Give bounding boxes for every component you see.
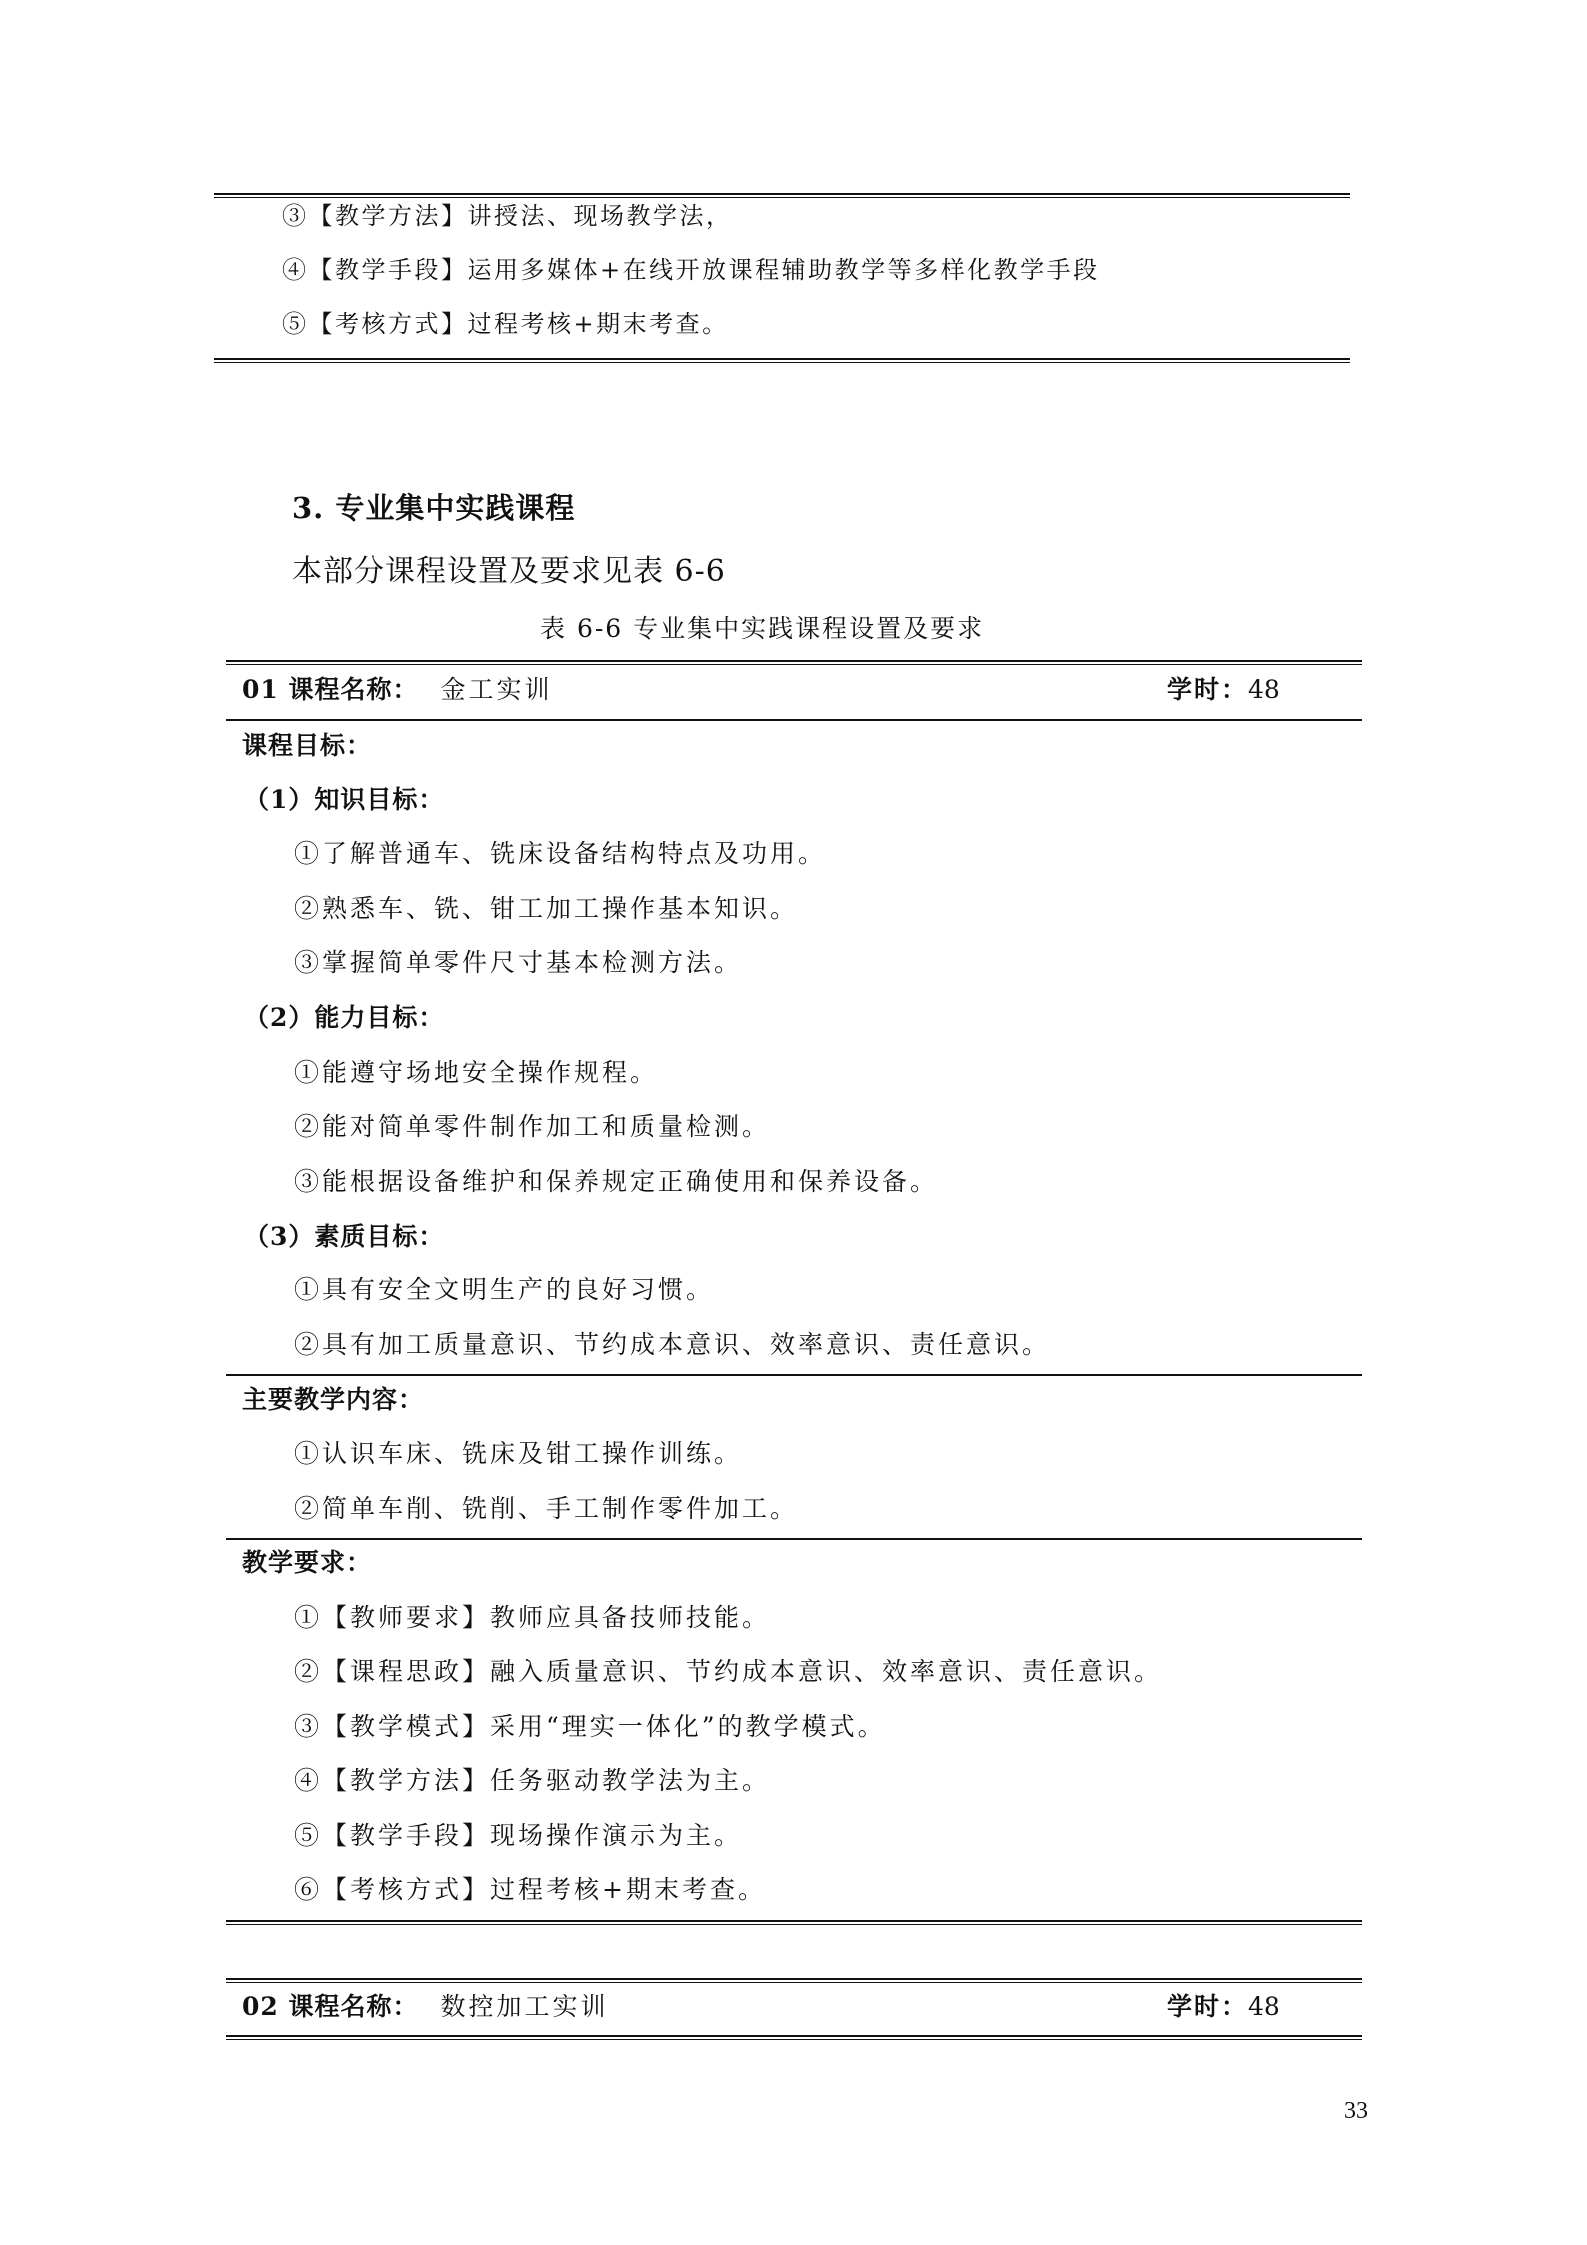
table-top-rule	[226, 660, 1362, 665]
course-top-rule	[226, 1978, 1362, 1983]
requirement-item: ①【教师要求】教师应具备技师技能。	[294, 1598, 770, 1634]
requirement-item: ③【教学模式】采用“理实一体化”的教学模式。	[294, 1707, 886, 1743]
course-bottom-rule	[226, 1920, 1362, 1925]
row-divider	[226, 719, 1362, 721]
objective-item: ①了解普通车、铣床设备结构特点及功用。	[294, 834, 826, 870]
hours-value: 48	[1248, 1992, 1280, 2021]
objective-item: ①具有安全文明生产的良好习惯。	[294, 1270, 714, 1306]
requirement-item: ⑥【考核方式】过程考核+期末考查。	[294, 1870, 766, 1906]
hours-label: 学时：	[1167, 675, 1248, 704]
carryover-item: ⑤【考核方式】过程考核+期末考查。	[282, 304, 729, 339]
section-heading: 3. 专业集中实践课程	[292, 486, 575, 527]
objective-item: ③能根据设备维护和保养规定正确使用和保养设备。	[294, 1162, 938, 1198]
objective-item: ②具有加工质量意识、节约成本意识、效率意识、责任意识。	[294, 1325, 1050, 1361]
objective-group-title: （1）知识目标：	[244, 780, 444, 816]
row-divider	[226, 1538, 1362, 1540]
requirements-title: 教学要求：	[242, 1543, 372, 1579]
objective-group-title: （3）素质目标：	[244, 1217, 444, 1253]
objective-item: ②熟悉车、铣、钳工加工操作基本知识。	[294, 889, 798, 925]
objective-item: ③掌握简单零件尺寸基本检测方法。	[294, 943, 742, 979]
content-title: 主要教学内容：	[242, 1380, 424, 1416]
course-header-row: 01 课程名称：金工实训 学时：48	[242, 670, 1342, 710]
course-number-label: 01 课程名称：	[242, 675, 419, 704]
hours-label: 学时：	[1167, 1992, 1248, 2021]
objective-group-title: （2）能力目标：	[244, 998, 444, 1034]
course-hours: 学时：48	[1167, 1987, 1280, 2023]
course-header-bottom-rule	[226, 2035, 1362, 2040]
table-caption: 表 6-6 专业集中实践课程设置及要求	[540, 609, 984, 645]
content-item: ①认识车床、铣床及钳工操作训练。	[294, 1434, 742, 1470]
course-name: 数控加工实训	[441, 1992, 609, 2021]
objective-item: ①能遵守场地安全操作规程。	[294, 1053, 658, 1089]
course-name: 金工实训	[441, 675, 553, 704]
requirement-item: ④【教学方法】任务驱动教学法为主。	[294, 1761, 770, 1797]
requirement-item: ⑤【教学手段】现场操作演示为主。	[294, 1816, 742, 1852]
course-number-label: 02 课程名称：	[242, 1992, 419, 2021]
document-page: ③【教学方法】讲授法、现场教学法， ④【教学手段】运用多媒体+在线开放课程辅助教…	[0, 0, 1587, 2245]
hours-value: 48	[1248, 675, 1280, 704]
carryover-bottom-rule	[214, 358, 1350, 363]
course-header-row: 02 课程名称：数控加工实训 学时：48	[242, 1987, 1342, 2027]
course-hours: 学时：48	[1167, 670, 1280, 706]
requirement-item: ②【课程思政】融入质量意识、节约成本意识、效率意识、责任意识。	[294, 1652, 1162, 1688]
content-item: ②简单车削、铣削、手工制作零件加工。	[294, 1489, 798, 1525]
objective-item: ②能对简单零件制作加工和质量检测。	[294, 1107, 770, 1143]
section-intro: 本部分课程设置及要求见表 6-6	[292, 546, 726, 590]
row-divider	[226, 1374, 1362, 1376]
page-number: 33	[1344, 2098, 1368, 2125]
objectives-title: 课程目标：	[242, 726, 372, 762]
carryover-item: ③【教学方法】讲授法、现场教学法，	[282, 196, 733, 231]
carryover-item: ④【教学手段】运用多媒体+在线开放课程辅助教学等多样化教学手段	[282, 250, 1100, 285]
